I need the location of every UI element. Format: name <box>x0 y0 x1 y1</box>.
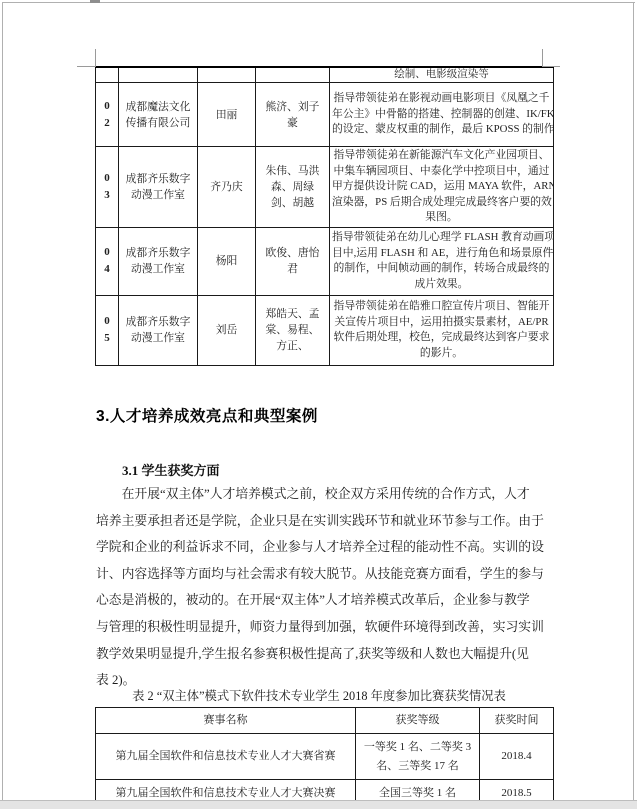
cell-company: 成都齐乐数字 动漫工作室 <box>119 227 198 295</box>
cell-description: 指导带领徒弟在皓雅口腔宣传片项目、智能开 关宣传片项目中，运用拍摄实景素材，AE… <box>330 295 554 365</box>
cell-award-date: 2018.4 <box>480 734 554 780</box>
cell-empty <box>198 67 256 83</box>
cell-number: 0 5 <box>96 295 119 365</box>
header-competition-name: 赛事名称 <box>96 708 356 734</box>
margin-crop-mark-top-left <box>95 49 96 67</box>
cell-number: 0 3 <box>96 147 119 228</box>
cell-description: 绘制、电影级渲染等 <box>330 67 554 83</box>
subsection-heading: 3.1 学生获奖方面 <box>122 460 220 479</box>
table-caption: 表 2 “双主体”模式下软件技术专业学生 2018 年度参加比赛获奖情况表 <box>96 686 542 704</box>
cell-mentor: 刘岳 <box>198 295 256 365</box>
margin-crop-mark-top-left <box>77 66 95 67</box>
awards-table: 赛事名称 获奖等级 获奖时间 第九届全国软件和信息技术专业人才大赛省赛 一等奖 … <box>95 707 554 807</box>
cell-apprentices: 熊济、刘子 豪 <box>256 83 330 147</box>
cell-empty <box>256 67 330 83</box>
cell-award-level: 一等奖 1 名、二等奖 3 名、三等奖 17 名 <box>356 734 480 780</box>
cell-description: 指导带领徒弟在影视动画电影项目《凤凰之千 年公主》中骨骼的搭建、控制器的创建、I… <box>330 83 554 147</box>
cell-description: 指导带领徒弟在幼儿心理学 FLASH 教育动画项 目中,运用 FLASH 和 A… <box>330 227 554 295</box>
cell-empty <box>119 67 198 83</box>
cell-apprentices: 朱伟、马洪 森、周绿 剑、胡越 <box>256 147 330 228</box>
table-row: 0 4 成都齐乐数字 动漫工作室 杨阳 欧俊、唐怡 君 指导带领徒弟在幼儿心理学… <box>96 227 554 295</box>
body-paragraph: 在开展“双主体”人才培养模式之前，校企双方采用传统的合作方式，人才 培养主要承担… <box>96 481 556 694</box>
table-row-carryover: 绘制、电影级渲染等 <box>96 67 554 83</box>
table-row: 0 5 成都齐乐数字 动漫工作室 刘岳 郑皓天、孟 棠、易程、 方正、 指导带领… <box>96 295 554 365</box>
cell-mentor: 杨阳 <box>198 227 256 295</box>
page-bottom-gap <box>0 800 637 809</box>
cell-empty <box>96 67 119 83</box>
table-row: 0 3 成都齐乐数字 动漫工作室 齐乃庆 朱伟、马洪 森、周绿 剑、胡越 指导带… <box>96 147 554 228</box>
cell-apprentices: 郑皓天、孟 棠、易程、 方正、 <box>256 295 330 365</box>
page-top-mark <box>90 0 100 3</box>
cell-description: 指导带领徒弟在新能源汽车文化产业园项目、 中集车辆园项目、中泰化学中控项目中，通… <box>330 147 554 228</box>
page-border-left <box>2 2 3 800</box>
table-header-row: 赛事名称 获奖等级 获奖时间 <box>96 708 554 734</box>
apprentice-projects-table: 绘制、电影级渲染等 0 2 成都魔法文化 传播有限公司 田丽 熊济、刘子 豪 指… <box>95 66 554 366</box>
header-award-level: 获奖等级 <box>356 708 480 734</box>
margin-crop-mark-top-right <box>542 66 560 67</box>
section-heading: 3.人才培养成效亮点和典型案例 <box>96 404 318 426</box>
cell-apprentices: 欧俊、唐怡 君 <box>256 227 330 295</box>
cell-competition-name: 第九届全国软件和信息技术专业人才大赛省赛 <box>96 734 356 780</box>
document-page: 绘制、电影级渲染等 0 2 成都魔法文化 传播有限公司 田丽 熊济、刘子 豪 指… <box>0 0 637 809</box>
cell-company: 成都齐乐数字 动漫工作室 <box>119 295 198 365</box>
margin-crop-mark-top-right <box>542 49 543 67</box>
cell-mentor: 田丽 <box>198 83 256 147</box>
table-row: 0 2 成都魔法文化 传播有限公司 田丽 熊济、刘子 豪 指导带领徒弟在影视动画… <box>96 83 554 147</box>
cell-company: 成都齐乐数字 动漫工作室 <box>119 147 198 228</box>
cell-number: 0 2 <box>96 83 119 147</box>
header-award-date: 获奖时间 <box>480 708 554 734</box>
page-border-right <box>633 2 634 800</box>
cell-mentor: 齐乃庆 <box>198 147 256 228</box>
cell-company: 成都魔法文化 传播有限公司 <box>119 83 198 147</box>
cell-number: 0 4 <box>96 227 119 295</box>
table-row: 第九届全国软件和信息技术专业人才大赛省赛 一等奖 1 名、二等奖 3 名、三等奖… <box>96 734 554 780</box>
